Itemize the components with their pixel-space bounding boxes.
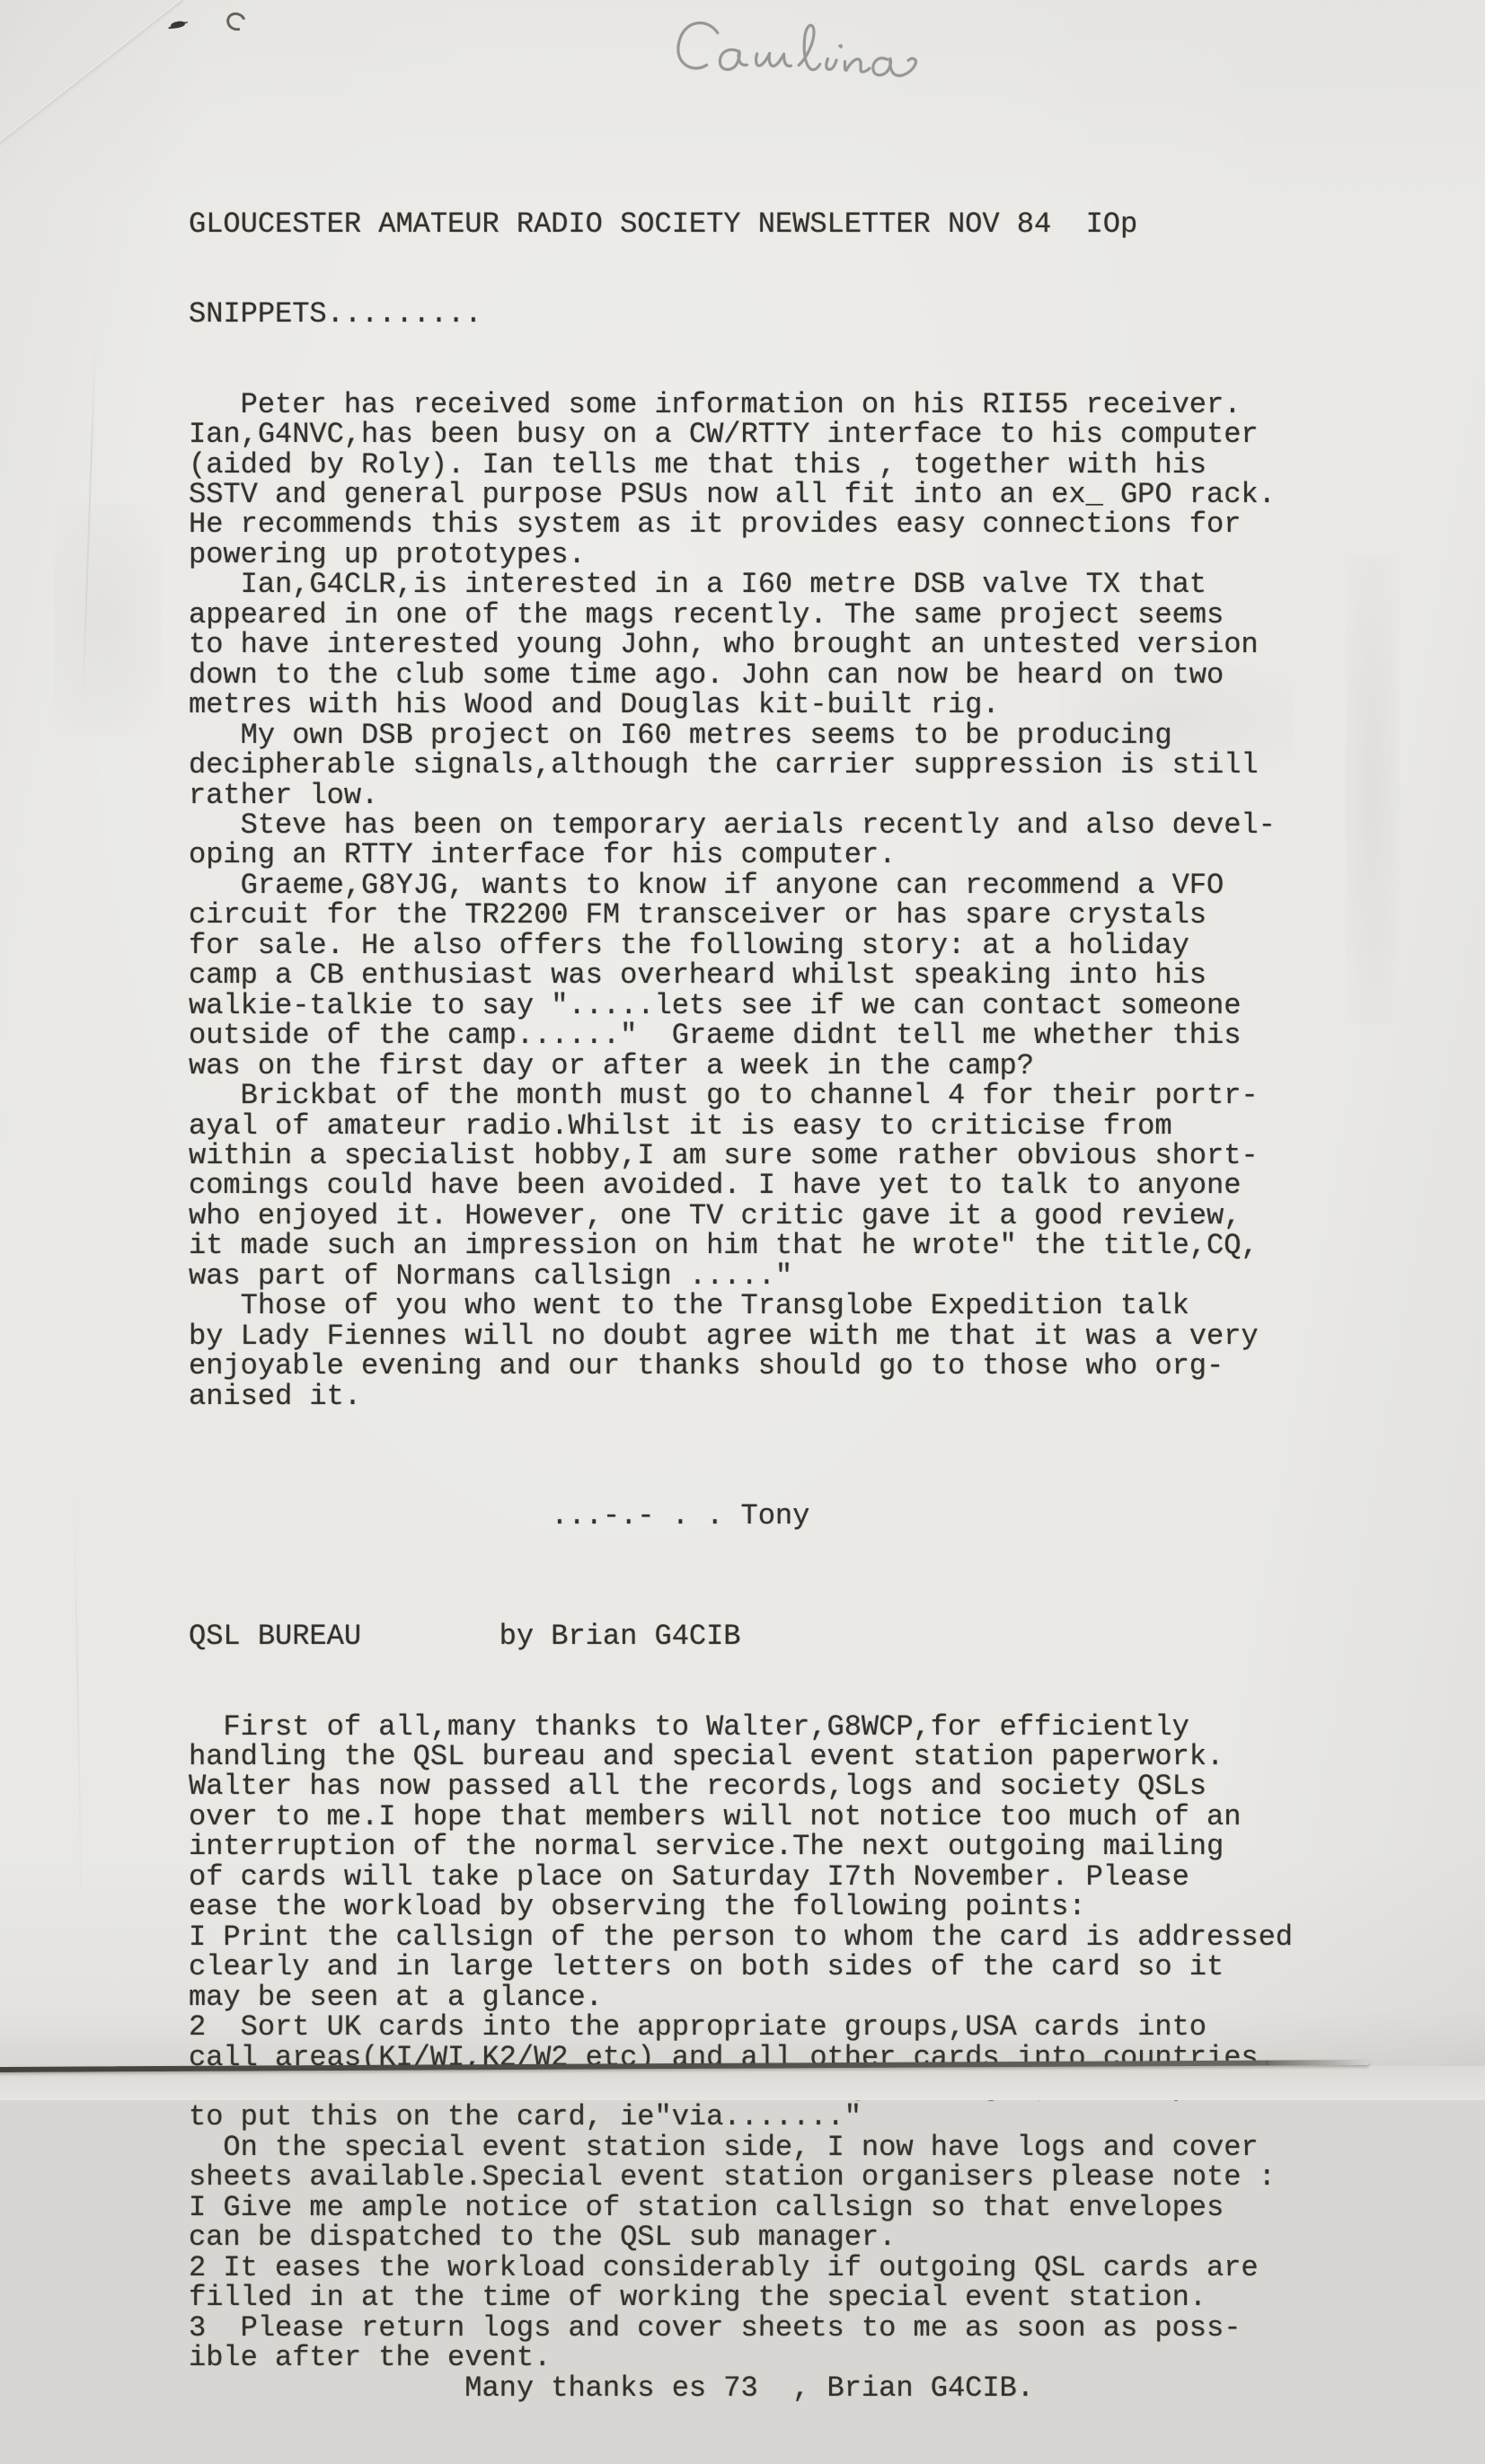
scan-shading [1346,557,1400,1024]
newsletter-title: GLOUCESTER AMATEUR RADIO SOCIETY NEWSLET… [189,209,1293,239]
ink-curl-mark [224,9,249,33]
snippets-heading: SNIPPETS......... [189,299,1293,329]
handwriting-strokes [665,8,956,119]
paper-crease [73,1482,83,1949]
snippets-body: Peter has received some information on h… [189,390,1293,1411]
typed-document: GLOUCESTER AMATEUR RADIO SOCIETY NEWSLET… [189,149,1293,2100]
handwritten-annotation-text: Cawling [956,21,957,22]
handwritten-annotation: Cawling [665,8,956,119]
paper-crease [0,0,182,145]
bottom-edge-shadow [0,2010,1485,2066]
scanned-page: Cawling GLOUCESTER AMATEUR RADIO SOCIETY… [0,0,1485,2100]
tony-signoff: ...-.- . . Tony [189,1501,1293,1531]
ink-blot [171,21,186,29]
qsl-heading: QSL BUREAU by Brian G4CIB [189,1621,1293,1651]
scanner-background [0,2067,1485,2100]
paper-smudge [54,503,162,737]
